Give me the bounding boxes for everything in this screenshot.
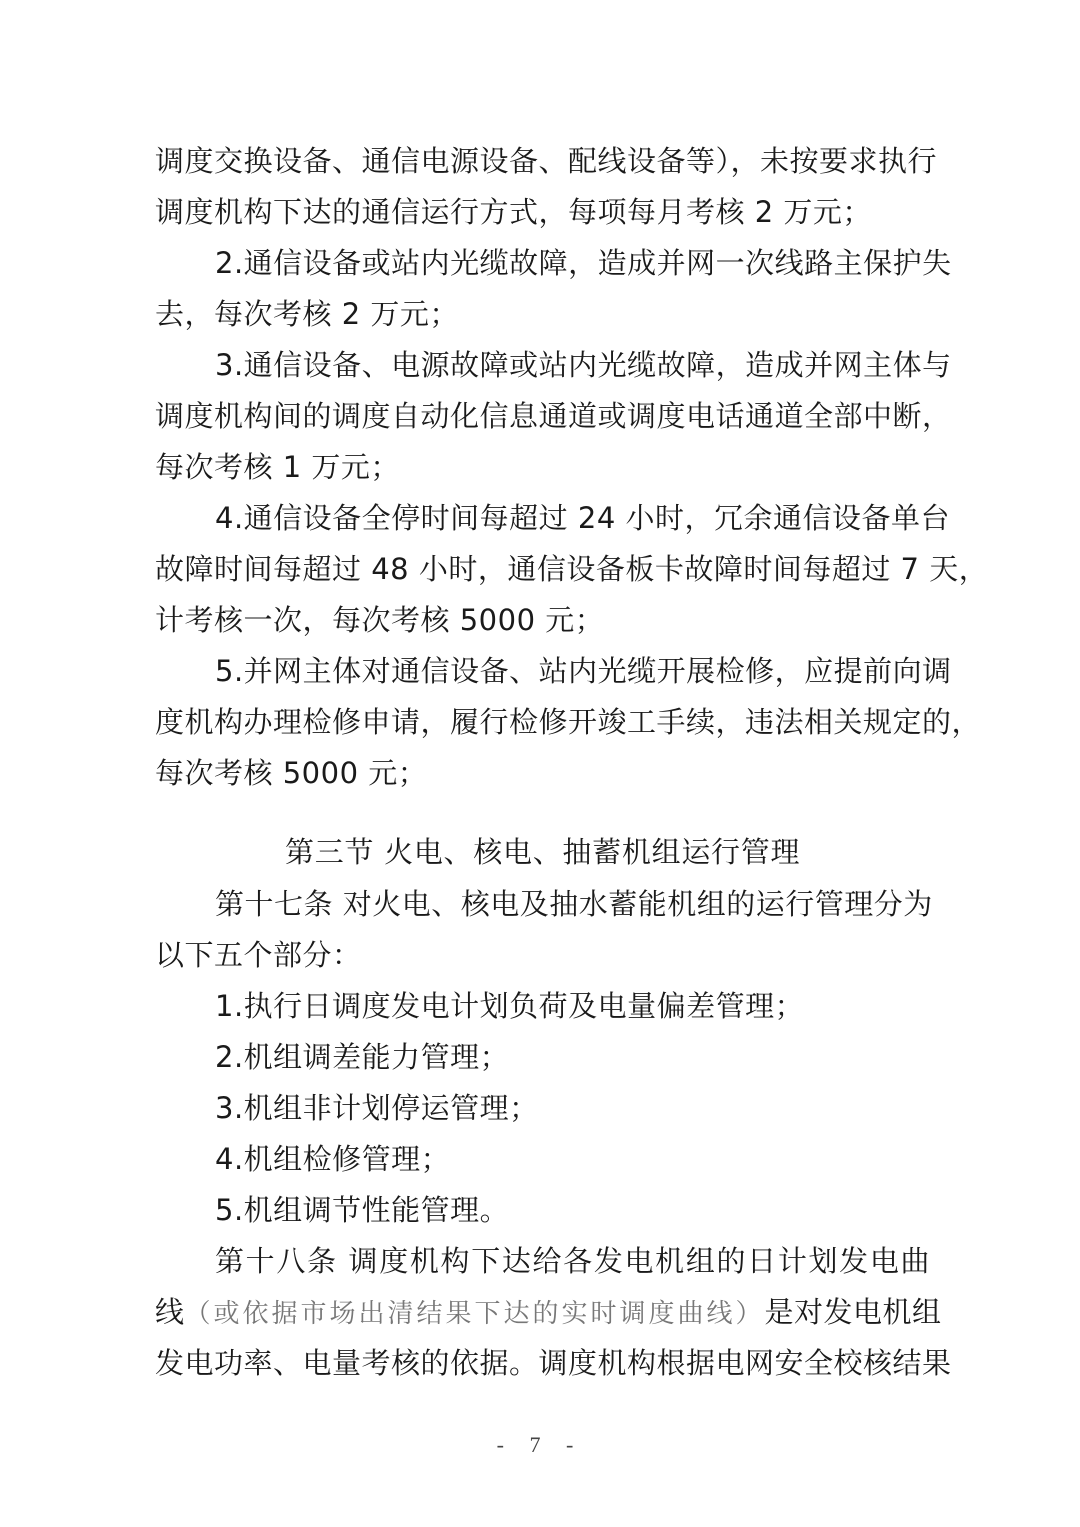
list-item-5: 5.并网主体对通信设备、站内光缆开展检修，应提前向调 [215,646,930,697]
list-item-1: 1.执行日调度发电计划负荷及电量偏差管理； [215,981,930,1032]
paragraph-line: 调度交换设备、通信电源设备、配线设备等），未按要求执行 [155,136,930,187]
article-17-heading: 第十七条 对火电、核电及抽水蓄能机组的运行管理分为 [215,879,930,930]
document-page: 调度交换设备、通信电源设备、配线设备等），未按要求执行 调度机构下达的通信运行方… [0,0,1080,1527]
list-item-5: 5.机组调节性能管理。 [215,1185,930,1236]
paragraph-line: 去，每次考核 2 万元； [155,289,930,340]
paragraph-line: 调度机构间的调度自动化信息通道或调度电话通道全部中断， [155,391,930,442]
list-item-2: 2.机组调差能力管理； [215,1032,930,1083]
list-item-4: 4.机组检修管理； [215,1134,930,1185]
paragraph-line: 每次考核 5000 元； [155,748,930,799]
paragraph-line: 调度机构下达的通信运行方式，每项每月考核 2 万元； [155,187,930,238]
paragraph-line: 度机构办理检修申请，履行检修开竣工手续，违法相关规定的， [155,697,930,748]
paragraph-line: 以下五个部分： [155,930,930,981]
text-span: 线 [155,1295,185,1329]
section-heading: 第三节 火电、核电、抽蓄机组运行管理 [285,827,800,878]
faded-parenthetical: （或依据市场出清结果下达的实时调度曲线） [185,1299,765,1329]
list-item-2: 2.通信设备或站内光缆故障，造成并网一次线路主保护失 [215,238,930,289]
paragraph-line: 线（或依据市场出清结果下达的实时调度曲线）是对发电机组 [155,1287,930,1338]
list-item-4: 4.通信设备全停时间每超过 24 小时，冗余通信设备单台 [215,493,930,544]
text-span: 是对发电机组 [765,1295,942,1329]
list-item-3: 3.通信设备、电源故障或站内光缆故障，造成并网主体与 [215,340,930,391]
list-item-3: 3.机组非计划停运管理； [215,1083,930,1134]
page-number: - 7 - [0,1432,1080,1458]
paragraph-line: 计考核一次，每次考核 5000 元； [155,595,930,646]
article-18-heading: 第十八条 调度机构下达给各发电机组的日计划发电曲 [215,1236,930,1287]
paragraph-line: 故障时间每超过 48 小时，通信设备板卡故障时间每超过 7 天， [155,544,930,595]
paragraph-line: 发电功率、电量考核的依据。调度机构根据电网安全校核结果 [155,1338,930,1389]
paragraph-line: 每次考核 1 万元； [155,442,930,493]
